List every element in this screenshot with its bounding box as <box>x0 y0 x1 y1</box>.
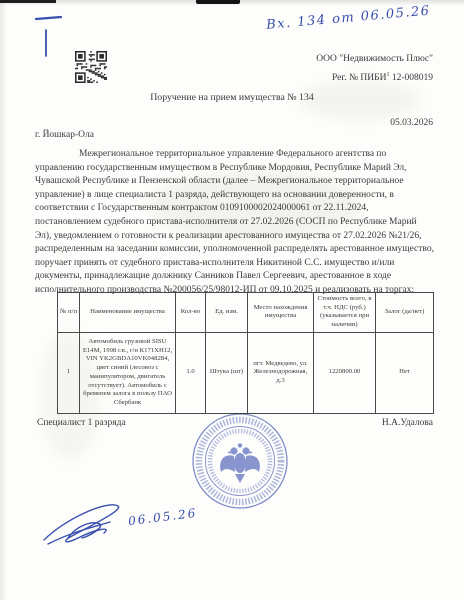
scan-artifact <box>0 0 56 3</box>
cell-pledge: Нет <box>376 332 434 413</box>
pen-mark-icon <box>30 12 70 65</box>
cell-number: 1 <box>58 332 80 413</box>
signatory-position: Специалист 1 разряда <box>37 418 126 428</box>
scan-artifact <box>196 0 240 4</box>
document-city: г. Йошкар-Ола <box>35 130 94 140</box>
table-row: 1 Автомобиль грузовой SISU E14M, 1998 г.… <box>58 332 434 413</box>
scan-edge-shadow-left <box>0 0 7 600</box>
registration-number: Рег. № ПИБИ1 12-008019 <box>200 72 433 83</box>
document-title: Поручение на прием имущества № 134 <box>35 92 429 103</box>
official-seal-icon <box>190 406 290 521</box>
cell-qty: 1.0 <box>176 332 206 413</box>
cell-name: Автомобиль грузовой SISU E14M, 1998 г.в.… <box>80 332 176 413</box>
col-header-location: Место нахождения имущества <box>248 293 314 333</box>
col-header-number: № п/п <box>58 293 80 333</box>
cell-location: пгт. Медведево, ул. Железнодорожная, д.3 <box>248 332 314 413</box>
col-header-pledge: Залог (да/нет) <box>376 293 434 333</box>
organization-name: ООО "Недвижимость Плюс" <box>200 54 433 64</box>
col-header-cost: Стоимость всего, в т.ч. НДС (руб.) (указ… <box>314 293 376 333</box>
document-body-paragraph: Межрегиональное территориальное управлен… <box>35 148 434 298</box>
cell-cost: 1220800.00 <box>314 332 376 413</box>
col-header-qty: Кол-во <box>176 293 206 333</box>
qr-code-icon <box>75 50 107 89</box>
signatory-name: Н.А.Удалова <box>382 418 433 428</box>
cell-unit: Штука (шт) <box>206 332 248 413</box>
property-table: № п/п Наименование имущества Кол-во Ед. … <box>57 292 434 414</box>
reg-value: 12-008019 <box>389 73 433 83</box>
handwritten-incoming-note: Вх. 134 от 06.05.26 <box>266 2 447 33</box>
reg-prefix: Рег. № ПИБИ <box>332 73 386 83</box>
table-header-row: № п/п Наименование имущества Кол-во Ед. … <box>58 293 434 333</box>
document-date: 05.03.2026 <box>200 118 433 128</box>
col-header-unit: Ед. изм. <box>206 293 248 333</box>
col-header-name: Наименование имущества <box>80 293 176 333</box>
scanned-document-page: Вх. 134 от 06.05.26 ООО "Недвижимость Пл… <box>0 0 464 600</box>
